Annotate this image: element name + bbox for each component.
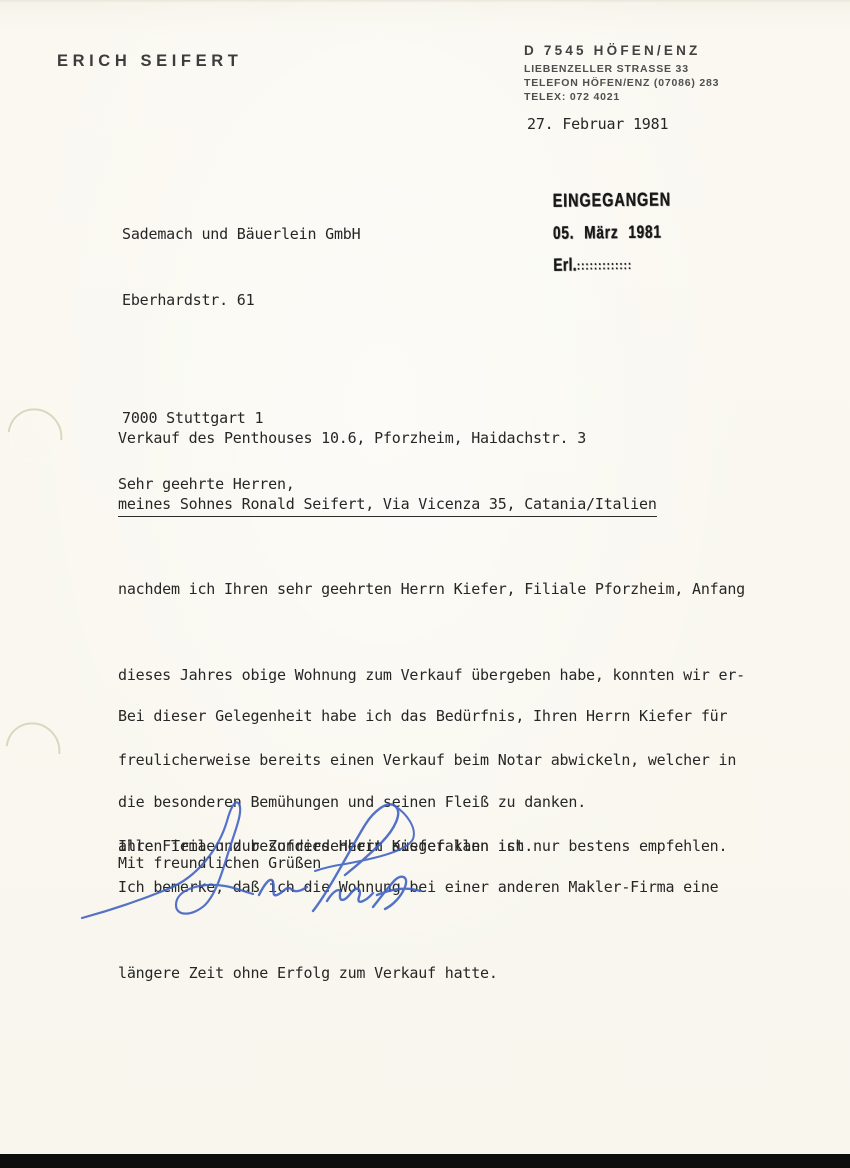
body-line: Bei dieser Gelegenheit habe ich das Bedü… bbox=[118, 702, 727, 731]
signature-stroke bbox=[313, 804, 398, 911]
stamp-dotted-line: ::::::::::::: bbox=[577, 258, 632, 273]
stamp-received-date: 05. März 1981 bbox=[553, 216, 672, 249]
signature-stroke bbox=[259, 880, 307, 895]
letter-paper: ERICH SEIFERT D 7545 HÖFEN/ENZ LIEBENZEL… bbox=[0, 0, 850, 1154]
stamp-erledigt-line: Erl.::::::::::::: bbox=[553, 248, 672, 282]
paper-top-edge bbox=[0, 0, 850, 3]
stamp-received-label: EINGEGANGEN bbox=[553, 186, 672, 217]
punch-hole-top bbox=[0, 397, 74, 474]
letterhead-address-block: D 7545 HÖFEN/ENZ LIEBENZELLER STRASSE 33… bbox=[524, 43, 719, 104]
letterhead-sender-name: ERICH SEIFERT bbox=[57, 52, 242, 71]
handwritten-signature bbox=[76, 794, 436, 939]
signature-stroke bbox=[82, 802, 253, 918]
body-line: längere Zeit ohne Erfolg zum Verkauf hat… bbox=[118, 959, 727, 988]
sender-telex-line: TELEX: 072 4021 bbox=[524, 90, 719, 104]
body-line: nachdem ich Ihren sehr geehrten Herrn Ki… bbox=[118, 575, 745, 604]
stamp-erledigt-label: Erl. bbox=[553, 255, 577, 275]
sender-phone-line: TELEFON HÖFEN/ENZ (07086) 283 bbox=[524, 76, 719, 90]
signature-stroke bbox=[373, 877, 420, 909]
subject-line-1: Verkauf des Penthouses 10.6, Pforzheim, … bbox=[118, 427, 657, 449]
sender-city-line: D 7545 HÖFEN/ENZ bbox=[524, 43, 719, 58]
sender-street-line: LIEBENZELLER STRASSE 33 bbox=[524, 62, 719, 76]
scanned-letter-page: { "letterhead": { "sender_name": "ERICH … bbox=[0, 0, 850, 1168]
recipient-street: Eberhardstr. 61 bbox=[122, 289, 360, 311]
recipient-company: Sademach und Bäuerlein GmbH bbox=[122, 223, 360, 245]
letter-date: 27. Februar 1981 bbox=[527, 110, 668, 139]
signature-stroke bbox=[327, 889, 373, 902]
salutation: Sehr geehrte Herren, bbox=[118, 470, 295, 499]
received-stamp: EINGEGANGEN 05. März 1981 Erl.::::::::::… bbox=[553, 185, 710, 282]
punch-hole-bottom bbox=[0, 711, 72, 788]
address-spacer bbox=[122, 355, 360, 363]
